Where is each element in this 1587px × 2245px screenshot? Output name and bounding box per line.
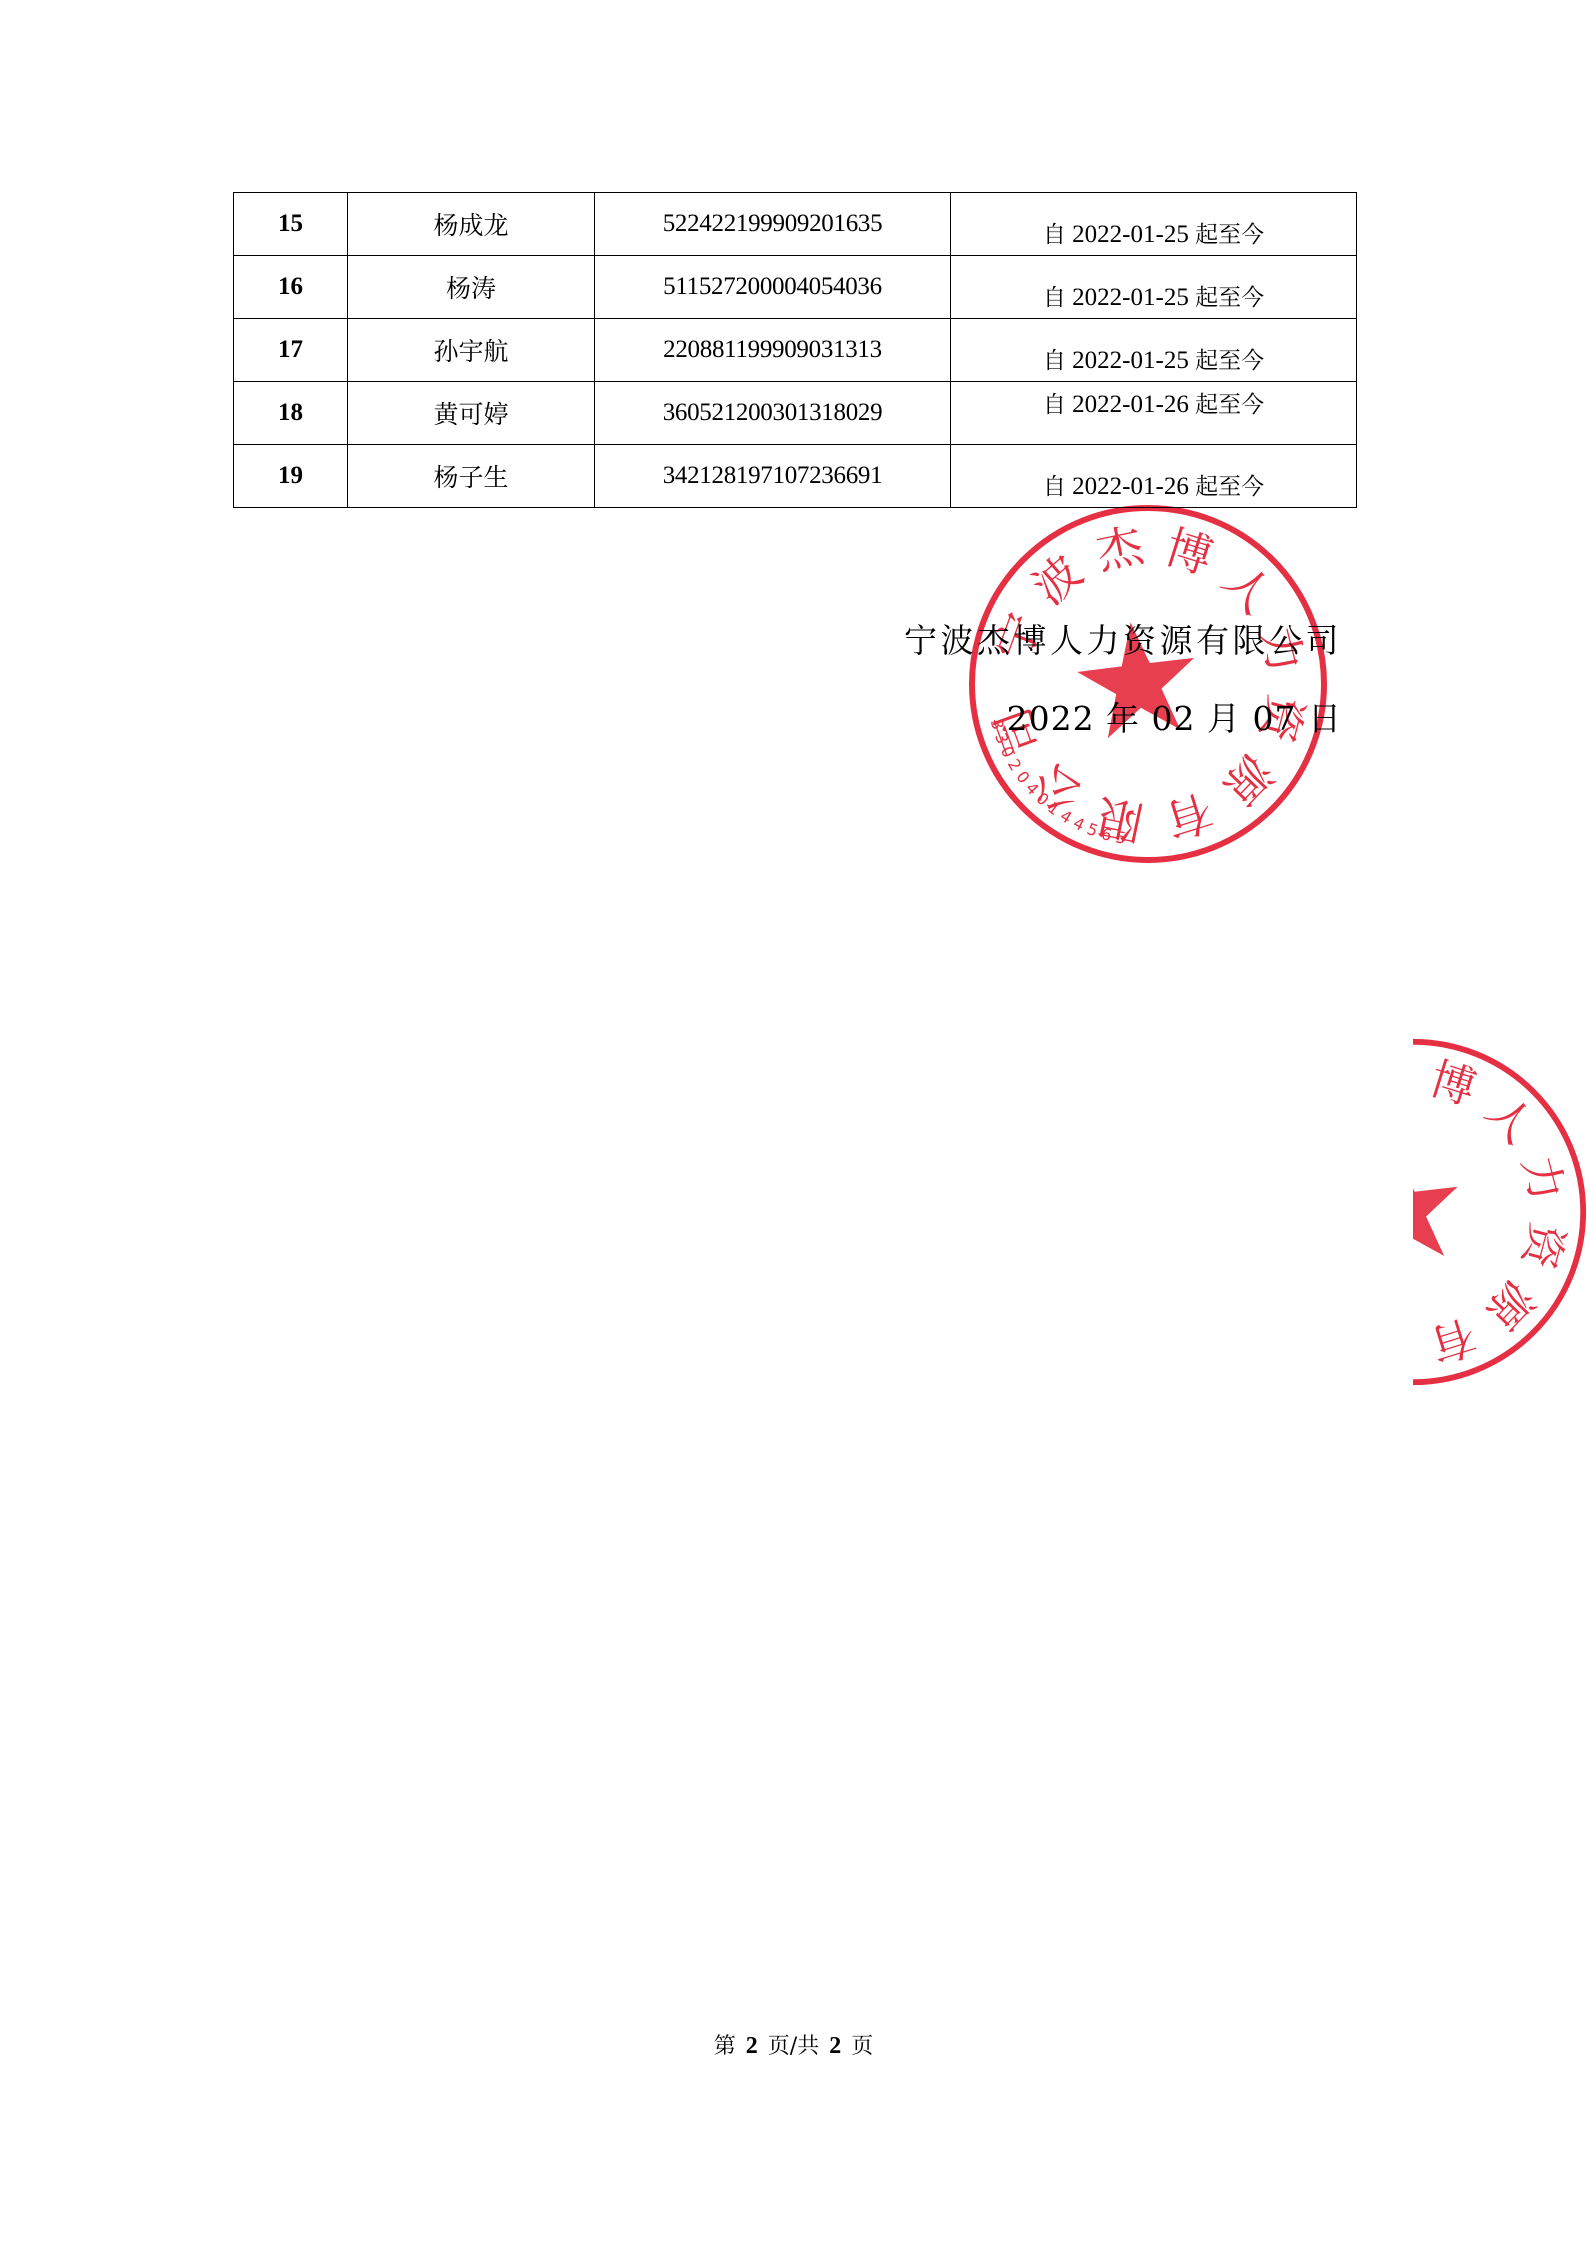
seal-graphic: 宁波杰博人力资源有限公司3302040144565 bbox=[966, 502, 1330, 866]
period-suffix: 起至今 bbox=[1195, 285, 1264, 311]
svg-text:力: 力 bbox=[1512, 1151, 1573, 1207]
row-number: 19 bbox=[234, 445, 348, 508]
footer-prefix: 第 bbox=[714, 2034, 736, 2059]
period-prefix: 自 bbox=[1043, 285, 1066, 311]
page-footer: 第2页/共2页 bbox=[0, 2029, 1587, 2060]
period-suffix: 起至今 bbox=[1195, 474, 1264, 500]
svg-text:公: 公 bbox=[1023, 753, 1093, 824]
svg-text:2: 2 bbox=[1004, 756, 1026, 775]
svg-text:源: 源 bbox=[1475, 1270, 1544, 1338]
employee-name: 杨子生 bbox=[348, 445, 595, 508]
svg-text:0: 0 bbox=[1032, 789, 1052, 810]
period-suffix: 起至今 bbox=[1195, 222, 1264, 248]
table-row: 18 黄可婷 360521200301318029 自 2022-01-26 起… bbox=[234, 382, 1357, 445]
table-row: 16 杨涛 511527200004054036 自 2022-01-25 起至… bbox=[234, 256, 1357, 319]
table-row: 17 孙宇航 220881199909031313 自 2022-01-25 起… bbox=[234, 319, 1357, 382]
row-number: 18 bbox=[234, 382, 348, 445]
period-prefix: 自 bbox=[1043, 348, 1066, 374]
employment-period: 自 2022-01-25 起至今 bbox=[951, 319, 1357, 382]
seam-seal-graphic: 宁波杰博人力资源有限公司3302040144565 bbox=[1413, 1036, 1587, 1388]
svg-text:人: 人 bbox=[1476, 1086, 1544, 1153]
svg-text:人: 人 bbox=[1212, 554, 1283, 625]
employee-name: 孙宇航 bbox=[348, 319, 595, 382]
svg-text:3: 3 bbox=[987, 717, 1008, 732]
employee-name: 杨成龙 bbox=[348, 193, 595, 256]
svg-text:6: 6 bbox=[1099, 824, 1114, 845]
id-number: 522422199909201635 bbox=[595, 193, 951, 256]
svg-text:4: 4 bbox=[1057, 806, 1076, 828]
svg-text:资: 资 bbox=[1512, 1218, 1573, 1275]
seam-seal: 宁波杰博人力资源有限公司3302040144565 bbox=[1413, 1036, 1587, 1388]
svg-text:4: 4 bbox=[1070, 813, 1088, 835]
signature-company: 宁波杰博人力资源有限公司 bbox=[904, 615, 1342, 662]
period-prefix: 自 bbox=[1043, 392, 1066, 418]
svg-text:有: 有 bbox=[1424, 1308, 1482, 1370]
star-icon bbox=[1413, 1152, 1458, 1264]
svg-text:博: 博 bbox=[1424, 1054, 1482, 1116]
svg-text:限: 限 bbox=[1092, 788, 1148, 850]
row-number: 17 bbox=[234, 319, 348, 382]
period-date: 2022-01-25 bbox=[1072, 284, 1189, 311]
svg-text:有: 有 bbox=[1159, 783, 1219, 848]
table-row: 19 杨子生 342128197107236691 自 2022-01-26 起… bbox=[234, 445, 1357, 508]
period-date: 2022-01-25 bbox=[1072, 221, 1189, 248]
employment-period: 自 2022-01-25 起至今 bbox=[951, 256, 1357, 319]
svg-text:杰: 杰 bbox=[1092, 518, 1149, 580]
employment-period: 自 2022-01-26 起至今 bbox=[951, 382, 1357, 445]
id-number: 360521200301318029 bbox=[595, 382, 951, 445]
period-prefix: 自 bbox=[1043, 222, 1066, 248]
employment-period: 自 2022-01-25 起至今 bbox=[951, 193, 1357, 256]
employee-name: 黄可婷 bbox=[348, 382, 595, 445]
svg-text:源: 源 bbox=[1212, 744, 1284, 815]
company-seal: 宁波杰博人力资源有限公司3302040144565 bbox=[966, 502, 1330, 866]
row-number: 16 bbox=[234, 256, 348, 319]
total-pages-number: 2 bbox=[829, 2033, 841, 2059]
current-page-number: 2 bbox=[746, 2033, 758, 2059]
svg-text:博: 博 bbox=[1159, 520, 1219, 585]
period-prefix: 自 bbox=[1043, 474, 1066, 500]
period-date: 2022-01-26 bbox=[1072, 391, 1189, 418]
row-number: 15 bbox=[234, 193, 348, 256]
svg-text:5: 5 bbox=[1084, 819, 1100, 840]
signature-date: 2022 年 02 月 07 日 bbox=[1007, 693, 1342, 740]
id-number: 511527200004054036 bbox=[595, 256, 951, 319]
employee-table: 15 杨成龙 522422199909201635 自 2022-01-25 起… bbox=[233, 192, 1357, 508]
svg-text:5: 5 bbox=[1114, 827, 1127, 847]
employment-period: 自 2022-01-26 起至今 bbox=[951, 445, 1357, 508]
id-number: 220881199909031313 bbox=[595, 319, 951, 382]
period-date: 2022-01-26 bbox=[1072, 473, 1189, 500]
id-number: 342128197107236691 bbox=[595, 445, 951, 508]
svg-text:0: 0 bbox=[1012, 767, 1033, 787]
footer-suffix: 页 bbox=[851, 2034, 873, 2059]
table-row: 15 杨成龙 522422199909201635 自 2022-01-25 起… bbox=[234, 193, 1357, 256]
svg-text:4: 4 bbox=[1022, 778, 1043, 798]
employee-name: 杨涛 bbox=[348, 256, 595, 319]
svg-text:杰: 杰 bbox=[1413, 1052, 1414, 1111]
svg-text:1: 1 bbox=[1044, 798, 1064, 819]
document-page: 15 杨成龙 522422199909201635 自 2022-01-25 起… bbox=[0, 0, 1587, 2245]
period-suffix: 起至今 bbox=[1195, 392, 1264, 418]
period-suffix: 起至今 bbox=[1195, 348, 1264, 374]
svg-text:波: 波 bbox=[1023, 544, 1093, 615]
footer-middle: 页/共 bbox=[768, 2034, 819, 2059]
period-date: 2022-01-25 bbox=[1072, 347, 1189, 374]
svg-text:0: 0 bbox=[997, 743, 1019, 760]
